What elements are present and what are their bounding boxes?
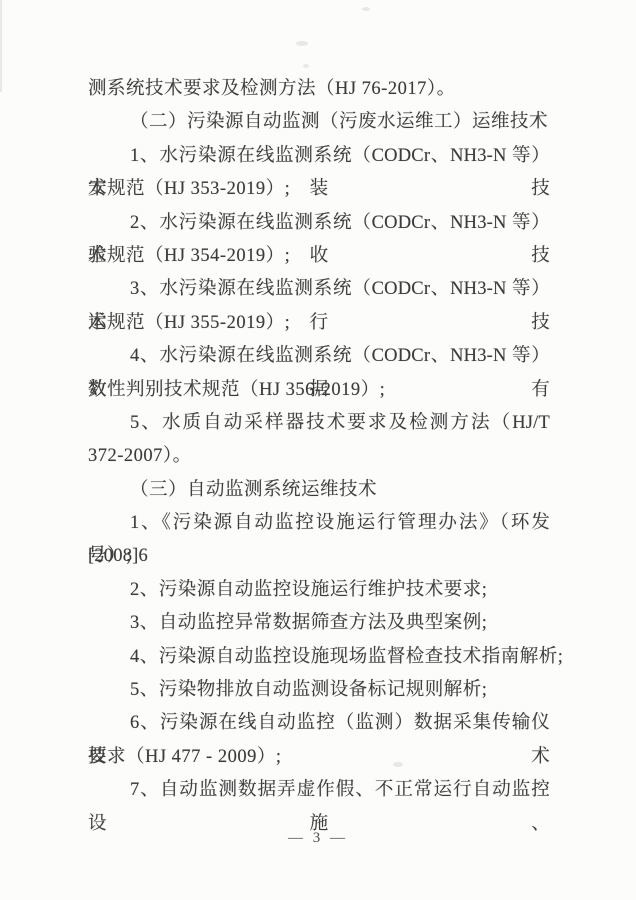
scan-edge-artifact — [0, 0, 2, 92]
scan-smudge — [303, 64, 309, 68]
text-line: 1、《污染源自动监控设施运行管理办法》（环发[2008]6 — [88, 507, 550, 540]
text-line: 4、水污染源在线监测系统（CODCr、NH3-N 等）数据有 — [88, 340, 550, 373]
text-line: 号）; — [88, 540, 550, 573]
text-line: 372-2007）。 — [88, 440, 550, 473]
text-line: 1、水污染源在线监测系统（CODCr、NH3-N 等）安装技 — [88, 140, 550, 173]
scanned-document-page: 测系统技术要求及检测方法（HJ 76-2017）。（二）污染源自动监测（污废水运… — [0, 0, 636, 900]
document-body: 测系统技术要求及检测方法（HJ 76-2017）。（二）污染源自动监测（污废水运… — [88, 73, 550, 808]
page-footer: — 3 — — [0, 830, 636, 847]
text-line: 3、水污染源在线监测系统（CODCr、NH3-N 等）运行技 — [88, 273, 550, 306]
text-line: 2、污染源自动监控设施运行维护技术要求; — [88, 574, 550, 607]
text-line: 5、水质自动采样器技术要求及检测方法（HJ/T — [88, 407, 550, 440]
text-line: 7、自动监测数据弄虚作假、不正常运行自动监控设施、 — [88, 774, 550, 807]
text-line: 3、自动监控异常数据筛查方法及典型案例; — [88, 607, 550, 640]
text-line: （三）自动监测系统运维技术 — [88, 474, 550, 507]
text-line: 6、污染源在线自动监控（监测）数据采集传输仪技术 — [88, 707, 550, 740]
text-line: 4、污染源自动监控设施现场监督检查技术指南解析; — [88, 641, 550, 674]
scan-smudge — [296, 41, 308, 46]
text-line: （二）污染源自动监测（污废水运维工）运维技术 — [88, 106, 550, 139]
page-number: — 3 — — [288, 830, 348, 846]
scan-smudge — [362, 7, 370, 11]
text-line: 5、污染物排放自动监测设备标记规则解析; — [88, 674, 550, 707]
text-line: 2、水污染源在线监测系统（CODCr、NH3-N 等）验收技 — [88, 207, 550, 240]
text-line: 测系统技术要求及检测方法（HJ 76-2017）。 — [88, 73, 550, 106]
